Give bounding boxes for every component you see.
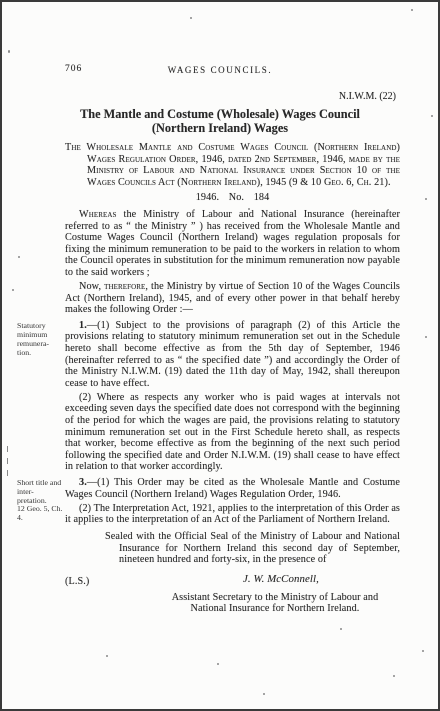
- document-title-line2: (Northern Ireland) Wages: [2, 122, 438, 136]
- scan-speck: [106, 655, 108, 657]
- paragraph-article-3-1: Short title and inter- pretation. 3.—(1)…: [65, 477, 400, 500]
- scan-speck: [393, 675, 395, 677]
- scan-speck: [425, 198, 427, 200]
- scan-speck: [422, 650, 424, 652]
- paragraph-pre: Now,: [79, 281, 104, 292]
- paragraph-article-3-2: 12 Geo. 5, Ch. 4. (2) The Interpretation…: [65, 503, 400, 526]
- running-header: WAGES COUNCILS.: [2, 65, 438, 75]
- paragraph-whereas: Whereas the Ministry of Labour and Natio…: [65, 209, 400, 279]
- order-reference: N.I.W.M. (22): [339, 91, 396, 102]
- document-body: The Wholesale Mantle and Costume Wages C…: [65, 142, 400, 615]
- scan-speck: [7, 446, 8, 452]
- scan-speck: [7, 458, 8, 464]
- signatory-title: Assistant Secretary to the Ministry of L…: [160, 592, 390, 615]
- scan-speck: [217, 663, 219, 665]
- signatory-title-line2: National Insurance for Northern Ireland.: [160, 603, 390, 615]
- paragraph-lead: therefore,: [104, 281, 148, 292]
- sealing-clause: Sealed with the Official Seal of the Min…: [105, 531, 400, 566]
- scan-speck: [12, 289, 14, 291]
- page-header: 706 WAGES COUNCILS.: [2, 64, 438, 77]
- scan-speck: [190, 17, 192, 19]
- paragraph-lead: Whereas: [79, 209, 117, 220]
- margin-note-geo-citation: 12 Geo. 5, Ch. 4.: [17, 504, 63, 522]
- article-number: 1.: [79, 320, 87, 331]
- scan-speck: [425, 336, 427, 338]
- signature-name: J. W. McConnell,: [243, 574, 319, 586]
- paragraph-text: —(1) Subject to the provisions of paragr…: [65, 320, 400, 389]
- paragraph-text: (2) Where as respects any worker who is …: [65, 392, 400, 473]
- paragraph-article-1-2: (2) Where as respects any worker who is …: [65, 392, 400, 473]
- paragraph-text: (2) The Interpretation Act, 1921, applie…: [65, 503, 400, 526]
- scan-speck: [8, 50, 10, 53]
- margin-note-short-title: Short title and inter- pretation.: [17, 478, 63, 505]
- scan-speck: [7, 470, 8, 476]
- document-title-line1: The Mantle and Costume (Wholesale) Wages…: [2, 108, 438, 122]
- scanned-document-page: 706 WAGES COUNCILS. N.I.W.M. (22) The Ma…: [0, 0, 440, 711]
- paragraph-now-therefore: Now, therefore, the Ministry by virtue o…: [65, 281, 400, 316]
- citation-paragraph: The Wholesale Mantle and Costume Wages C…: [65, 142, 400, 188]
- scan-speck: [263, 693, 265, 695]
- signature-row: (L.S.) J. W. McConnell,: [65, 576, 400, 589]
- paragraph-text: —(1) This Order may be cited as the Whol…: [65, 477, 400, 500]
- document-title: The Mantle and Costume (Wholesale) Wages…: [2, 108, 438, 135]
- margin-note-statutory-minimum: Statutory minimum remunera- tion.: [17, 321, 63, 357]
- seal-mark: (L.S.): [65, 576, 89, 588]
- paragraph-article-1-1: Statutory minimum remunera- tion. 1.—(1)…: [65, 320, 400, 390]
- scan-speck: [248, 208, 250, 210]
- signatory-title-line1: Assistant Secretary to the Ministry of L…: [160, 592, 390, 604]
- article-number: 3.: [79, 477, 87, 488]
- scan-speck: [411, 9, 413, 11]
- scan-speck: [18, 256, 20, 258]
- scan-speck: [431, 115, 433, 117]
- scan-speck: [340, 628, 342, 630]
- order-number: 1946. No. 184: [65, 192, 400, 204]
